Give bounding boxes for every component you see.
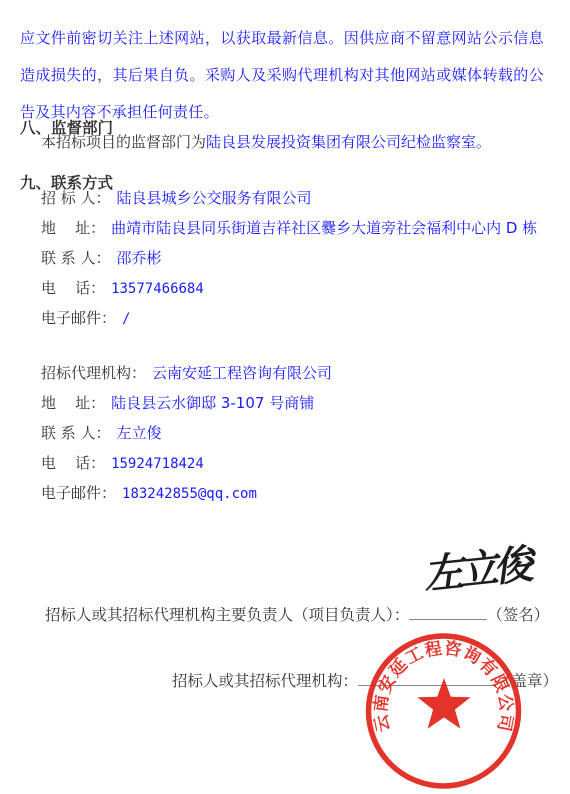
agency-name-row: 招标代理机构：云南安延工程咨询有限公司 bbox=[41, 362, 332, 392]
agency-phone-label: 电 话： bbox=[41, 454, 105, 472]
tenderer-email-row: 电子邮件：/ bbox=[41, 307, 537, 337]
agency-contact-person-label: 联 系 人： bbox=[41, 424, 111, 442]
agency-stamp-line: 招标人或其招标代理机构：（盖章） bbox=[172, 669, 558, 691]
tenderer-contact-block: 招 标 人：陆良县城乡公交服务有限公司 地 址：曲靖市陆良县同乐街道吉祥社区爨乡… bbox=[41, 187, 537, 337]
tenderer-contact-person-row: 联 系 人：邵乔彬 bbox=[41, 247, 537, 277]
seal-ring bbox=[369, 636, 519, 786]
tenderer-phone-label: 电 话： bbox=[41, 279, 105, 297]
stamp-underline bbox=[358, 671, 496, 686]
tenderer-phone-row: 电 话：13577466684 bbox=[41, 277, 537, 307]
agency-contact-person-value: 左立俊 bbox=[117, 424, 162, 442]
stamp-suffix: （盖章） bbox=[496, 672, 558, 690]
handwritten-signature: 左立俊 bbox=[424, 544, 534, 596]
intro-paragraph: 应文件前密切关注上述网站，以获取最新信息。因供应商不留意网站公示信息造成损失的，… bbox=[20, 20, 544, 131]
company-seal: 云南安延工程咨询有限公司 bbox=[355, 623, 535, 794]
signature-underline bbox=[409, 605, 487, 620]
tenderer-email-value: / bbox=[122, 311, 130, 327]
tenderer-address-value: 曲靖市陆良县同乐街道吉祥社区爨乡大道旁社会福利中心内 D 栋 bbox=[111, 219, 537, 237]
tenderer-contact-person-label: 联 系 人： bbox=[41, 249, 111, 267]
supervisory-department-name: 陆良县发展投资集团有限公司纪检监察室。 bbox=[206, 133, 491, 151]
tenderer-address-row: 地 址：曲靖市陆良县同乐街道吉祥社区爨乡大道旁社会福利中心内 D 栋 bbox=[41, 217, 537, 247]
agency-address-label: 地 址： bbox=[41, 394, 105, 412]
agency-email-label: 电子邮件： bbox=[41, 484, 116, 502]
tenderer-address-label: 地 址： bbox=[41, 219, 105, 237]
agency-phone-value: 15924718424 bbox=[111, 456, 204, 472]
agency-contact-block: 招标代理机构：云南安延工程咨询有限公司 地 址：陆良县云水御邸 3-107 号商… bbox=[41, 362, 332, 512]
agency-email-row: 电子邮件：183242855@qq.com bbox=[41, 482, 332, 512]
tenderer-name-label: 招 标 人： bbox=[41, 189, 111, 207]
agency-stamp-label: 招标人或其招标代理机构： bbox=[172, 672, 358, 690]
agency-name-value: 云南安延工程咨询有限公司 bbox=[152, 364, 332, 382]
tenderer-phone-value: 13577466684 bbox=[111, 281, 204, 297]
section8-body: 本招标项目的监督部门为陆良县发展投资集团有限公司纪检监察室。 bbox=[41, 131, 491, 152]
agency-address-value: 陆良县云水御邸 3-107 号商铺 bbox=[111, 394, 314, 412]
tender-notice-page: 应文件前密切关注上述网站，以获取最新信息。因供应商不留意网站公示信息造成损失的，… bbox=[0, 0, 570, 794]
agency-contact-person-row: 联 系 人：左立俊 bbox=[41, 422, 332, 452]
principal-signature-label: 招标人或其招标代理机构主要负责人（项目负责人）： bbox=[45, 606, 409, 624]
tenderer-name-row: 招 标 人：陆良县城乡公交服务有限公司 bbox=[41, 187, 537, 217]
agency-name-label: 招标代理机构： bbox=[41, 364, 146, 382]
tenderer-email-label: 电子邮件： bbox=[41, 309, 116, 327]
agency-address-row: 地 址：陆良县云水御邸 3-107 号商铺 bbox=[41, 392, 332, 422]
agency-email-value: 183242855@qq.com bbox=[122, 486, 257, 502]
section8-body-prefix: 本招标项目的监督部门为 bbox=[41, 133, 206, 151]
principal-signature-line: 招标人或其招标代理机构主要负责人（项目负责人）：（签名） bbox=[45, 603, 549, 625]
tenderer-contact-person-value: 邵乔彬 bbox=[117, 249, 162, 267]
signature-suffix: （签名） bbox=[487, 606, 549, 624]
tenderer-name-value: 陆良县城乡公交服务有限公司 bbox=[117, 189, 312, 207]
agency-phone-row: 电 话：15924718424 bbox=[41, 452, 332, 482]
